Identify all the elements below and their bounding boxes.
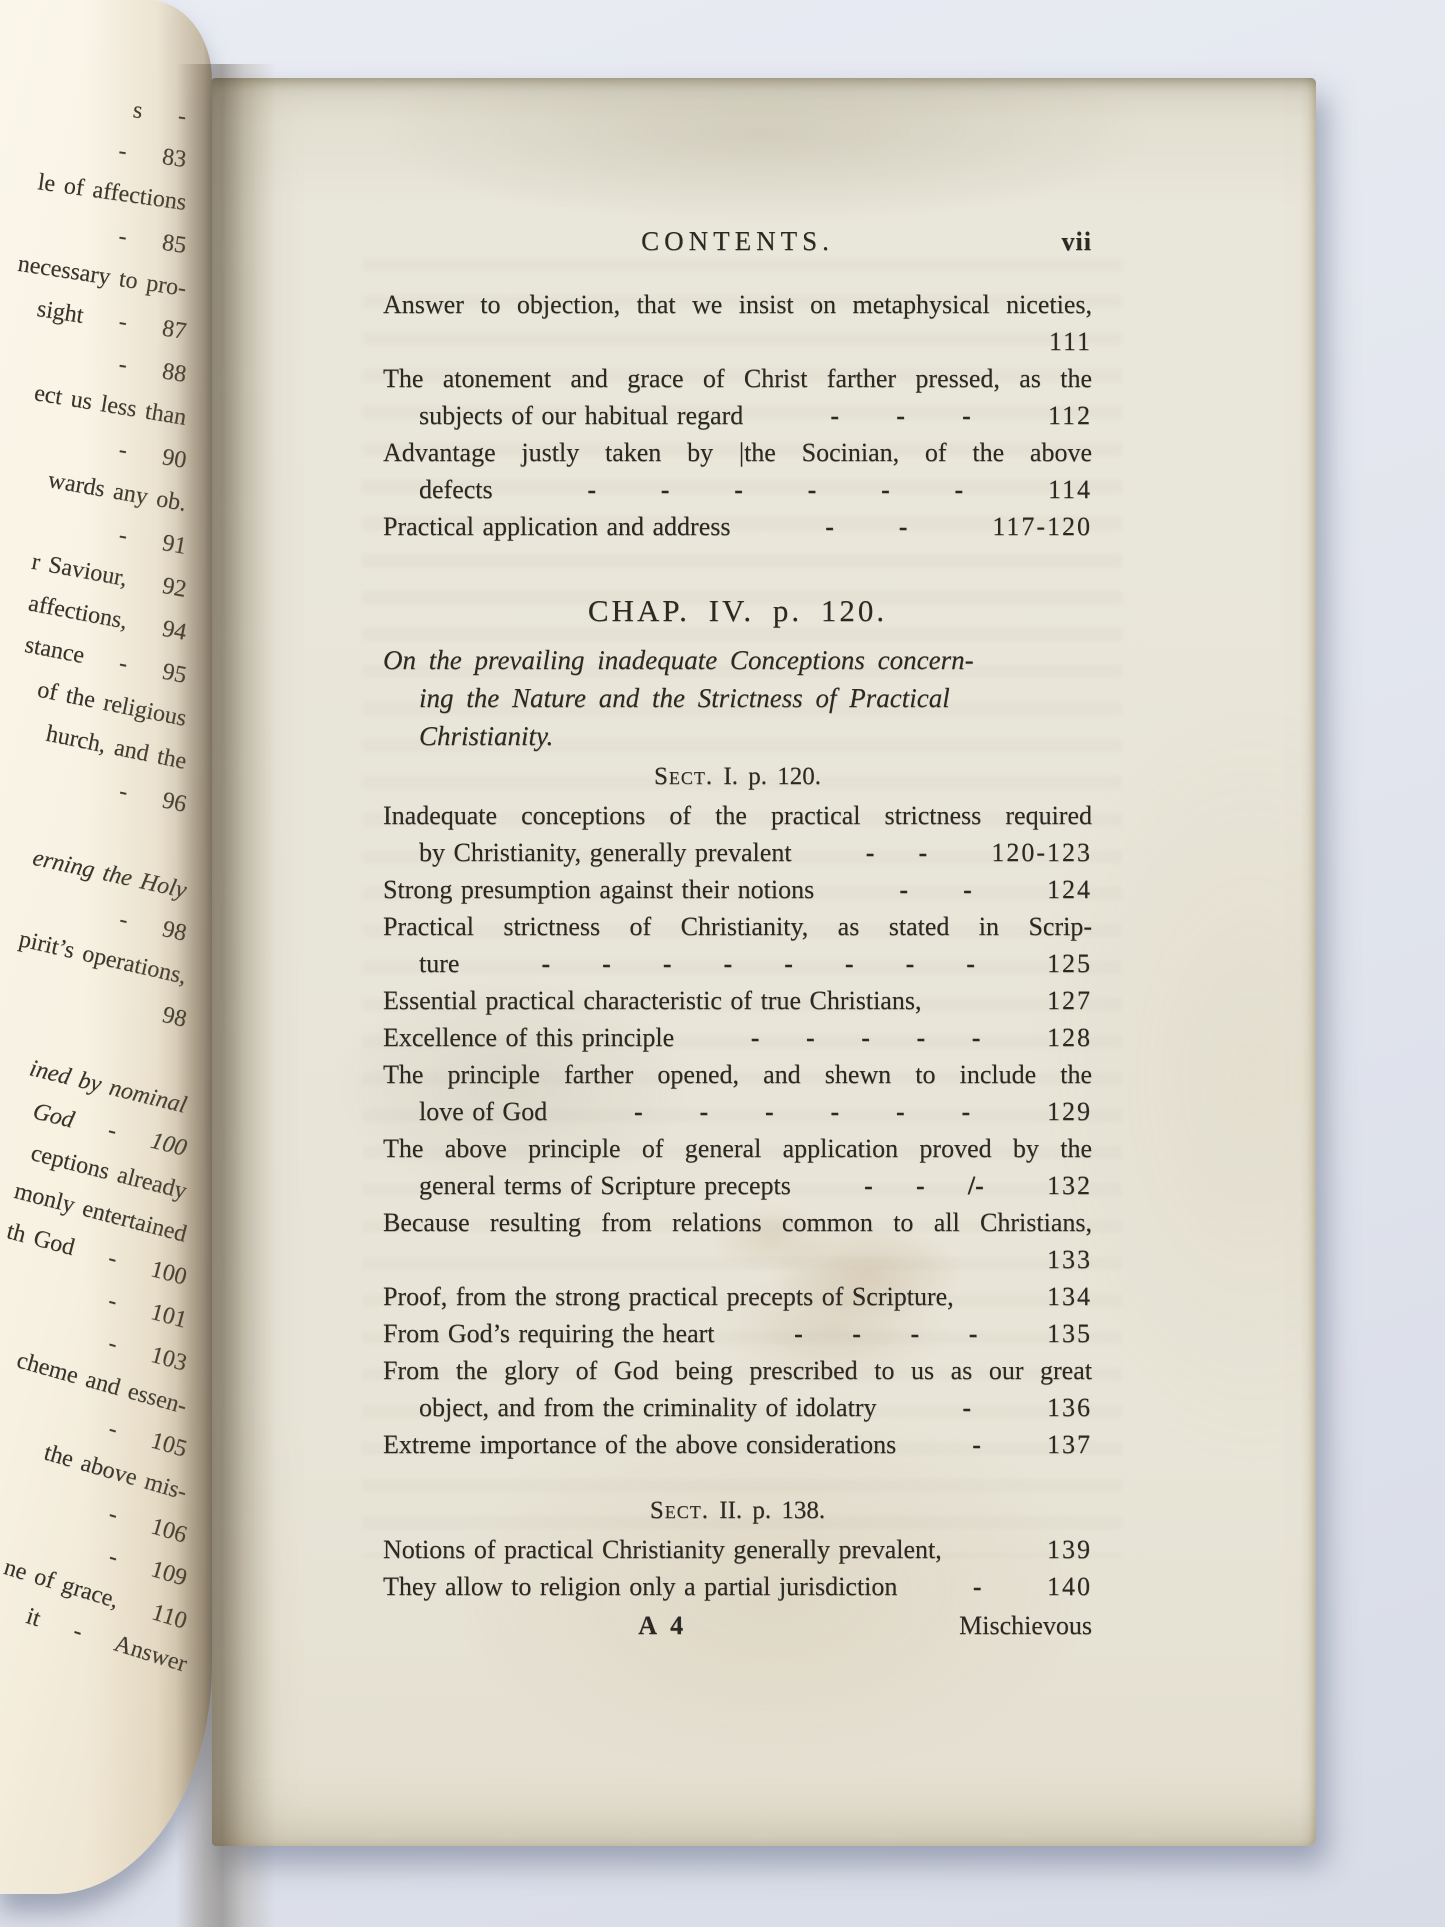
toc-text: ture <box>419 945 459 982</box>
toc-text: Notions of practical Christianity genera… <box>383 1531 942 1568</box>
toc-row: Extreme importance of the above consider… <box>383 1426 1092 1463</box>
toc-page-number: 127 <box>1047 982 1092 1019</box>
toc-row: The above principle of general applicati… <box>383 1130 1092 1167</box>
toc-rows: Answer to objection, that we insist on m… <box>383 286 1092 1644</box>
dash: - <box>916 1167 925 1204</box>
dash: - <box>899 871 908 908</box>
toc-dash-leader: -------- <box>459 945 1047 982</box>
toc-text: The principle farther opened, and shewn … <box>383 1056 1092 1093</box>
dash: - <box>808 471 817 508</box>
toc-page-number: 136 <box>1047 1389 1092 1426</box>
toc-text: From God’s requiring the heart <box>383 1315 715 1352</box>
toc-text: defects <box>419 471 493 508</box>
toc-row: love of God------129 <box>383 1093 1092 1130</box>
toc-row: general terms of Scripture precepts--/-1… <box>383 1167 1092 1204</box>
right-recto-page: CONTENTS. vii Answer to objection, that … <box>212 78 1316 1846</box>
toc-text: general terms of Scripture precepts <box>419 1167 791 1204</box>
toc-dash-leader: - <box>896 1426 1047 1463</box>
dash: - <box>734 471 743 508</box>
verso-fragments: s -- 83le of affections- 85necessary to … <box>0 96 186 1687</box>
chapter-description-line: ing the Nature and the Strictness of Pra… <box>383 679 1092 717</box>
toc-row: The atonement and grace of Christ farthe… <box>383 360 1092 397</box>
dash: - <box>896 397 905 434</box>
dash: - <box>602 945 611 982</box>
toc-page-number: 139 <box>1047 1531 1092 1568</box>
dash: - <box>541 945 550 982</box>
toc-text: Essential practical characteristic of tr… <box>383 982 921 1019</box>
toc-page-number: 112 <box>1048 397 1092 434</box>
dash: - <box>634 1093 643 1130</box>
toc-text: love of God <box>419 1093 547 1130</box>
toc-dash-leader: ------ <box>547 1093 1047 1130</box>
dash: - <box>866 834 875 871</box>
section-label: Sect. <box>650 1497 709 1524</box>
dash: - <box>861 1019 870 1056</box>
toc-text: Advantage justly taken by |the Socinian,… <box>383 434 1092 471</box>
toc-text: Extreme importance of the above consider… <box>383 1426 896 1463</box>
left-verso-page: s -- 83le of affections- 85necessary to … <box>0 0 212 1894</box>
toc-row: Because resulting from relations common … <box>383 1204 1092 1241</box>
dash: - <box>700 1093 709 1130</box>
toc-page-number: 134 <box>1047 1278 1092 1315</box>
dash: - <box>962 397 971 434</box>
toc-row: The principle farther opened, and shewn … <box>383 1056 1092 1093</box>
toc-page-number: 117-120 <box>992 508 1092 545</box>
toc-page-number: 128 <box>1047 1019 1092 1056</box>
section-ref: II. p. 138. <box>709 1497 825 1524</box>
toc-text: Answer to objection, that we insist on m… <box>383 286 1092 323</box>
dash: - <box>972 1019 981 1056</box>
toc-page-number: 135 <box>1047 1315 1092 1352</box>
dash: - <box>661 471 670 508</box>
section-heading: Sect. I. p. 120. <box>383 759 1092 795</box>
toc-page-number: 120-123 <box>991 834 1092 871</box>
toc-row: 133 <box>383 1241 1092 1278</box>
chapter-description-line: On the prevailing inadequate Conceptions… <box>383 641 1092 679</box>
section-label: Sect. <box>654 763 713 790</box>
toc-dash-leader: -- <box>814 871 1047 908</box>
toc-row: Essential practical characteristic of tr… <box>383 982 1092 1019</box>
toc-row: object, and from the criminality of idol… <box>383 1389 1092 1426</box>
toc-row: subjects of our habitual regard---112 <box>383 397 1092 434</box>
toc-dash-leader: -- <box>792 834 992 871</box>
dash: - <box>830 397 839 434</box>
signature-mark: A 4 <box>638 1607 687 1644</box>
dash: - <box>917 1019 926 1056</box>
dash: - <box>751 1019 760 1056</box>
folio-number: vii <box>1062 227 1092 257</box>
toc-row: by Christianity, generally prevalent--12… <box>383 834 1092 871</box>
dash: - <box>961 1093 970 1130</box>
toc-row: Notions of practical Christianity genera… <box>383 1531 1092 1568</box>
toc-row: Practical strictness of Christianity, as… <box>383 908 1092 945</box>
dash: - <box>724 945 733 982</box>
toc-row: Inadequate conceptions of the practical … <box>383 797 1092 834</box>
dash: - <box>962 1389 971 1426</box>
toc-page-number: 129 <box>1047 1093 1092 1130</box>
toc-page-number: 111 <box>1049 323 1092 360</box>
dash: - <box>587 471 596 508</box>
chapter-heading: CHAP. IV. p. 120. <box>383 591 1092 631</box>
toc-row: 111 <box>383 323 1092 360</box>
dash: - <box>794 1315 803 1352</box>
dash: - <box>963 871 972 908</box>
dash: - <box>969 1315 978 1352</box>
toc-dash-leader: ------ <box>493 471 1048 508</box>
chapter-description-line: Christianity. <box>383 717 1092 755</box>
toc-dash-leader: ---- <box>715 1315 1048 1352</box>
toc-text: object, and from the criminality of idol… <box>419 1389 876 1426</box>
dash: - <box>864 1167 873 1204</box>
page-header: CONTENTS. vii <box>383 226 1092 266</box>
dash: - <box>806 1019 815 1056</box>
toc-row: From God’s requiring the heart----135 <box>383 1315 1092 1352</box>
toc-text: From the glory of God being prescribed t… <box>383 1352 1092 1389</box>
dash: - <box>896 1093 905 1130</box>
toc-row: Excellence of this principle-----128 <box>383 1019 1092 1056</box>
toc-text: Practical application and address <box>383 508 730 545</box>
printed-text-column: CONTENTS. vii Answer to objection, that … <box>383 226 1092 1644</box>
toc-text: The atonement and grace of Christ farthe… <box>383 360 1092 397</box>
toc-text: Practical strictness of Christianity, as… <box>383 908 1092 945</box>
toc-row: ture--------125 <box>383 945 1092 982</box>
dash: - <box>919 834 928 871</box>
toc-page-number: 133 <box>1047 1241 1092 1278</box>
contents-title: CONTENTS. <box>383 226 1092 257</box>
toc-page-number: 132 <box>1047 1167 1092 1204</box>
toc-page-number: 140 <box>1047 1568 1092 1605</box>
toc-text: subjects of our habitual regard <box>419 397 743 434</box>
toc-page-number: 124 <box>1047 871 1092 908</box>
toc-row: defects------114 <box>383 471 1092 508</box>
toc-dash-leader: - <box>876 1389 1047 1426</box>
dash: - <box>852 1315 861 1352</box>
toc-row: Strong presumption against their notions… <box>383 871 1092 908</box>
dash: - <box>954 471 963 508</box>
dash: - <box>899 508 908 545</box>
toc-page-number: 114 <box>1048 471 1092 508</box>
toc-page-number: 137 <box>1047 1426 1092 1463</box>
dash: - <box>973 1568 982 1605</box>
toc-text: Excellence of this principle <box>383 1019 674 1056</box>
dash: - <box>881 471 890 508</box>
dash: - <box>830 1093 839 1130</box>
catchword: Mischievous <box>959 1607 1092 1644</box>
dash: - <box>765 1093 774 1130</box>
toc-page-number: 125 <box>1047 945 1092 982</box>
dash: - <box>825 508 834 545</box>
dash: - <box>911 1315 920 1352</box>
dash: - <box>784 945 793 982</box>
toc-dash-leader: -- <box>730 508 992 545</box>
toc-row: Answer to objection, that we insist on m… <box>383 286 1092 323</box>
toc-text: Because resulting from relations common … <box>383 1204 1092 1241</box>
toc-dash-leader: --/- <box>791 1167 1047 1204</box>
section-heading: Sect. II. p. 138. <box>383 1493 1092 1529</box>
toc-text: They allow to religion only a partial ju… <box>383 1568 897 1605</box>
dash: - <box>972 1426 981 1463</box>
toc-row: They allow to religion only a partial ju… <box>383 1568 1092 1605</box>
signature-row: A 4Mischievous <box>383 1607 1092 1644</box>
toc-text: by Christianity, generally prevalent <box>419 834 792 871</box>
dash: - <box>663 945 672 982</box>
toc-text: The above principle of general applicati… <box>383 1130 1092 1167</box>
toc-dash-leader: --- <box>743 397 1048 434</box>
toc-row: Proof, from the strong practical precept… <box>383 1278 1092 1315</box>
dash: /- <box>968 1167 984 1204</box>
toc-row: Practical application and address--117-1… <box>383 508 1092 545</box>
toc-dash-leader: - <box>897 1568 1047 1605</box>
toc-text: Inadequate conceptions of the practical … <box>383 797 1092 834</box>
dash: - <box>966 945 975 982</box>
toc-row: Advantage justly taken by |the Socinian,… <box>383 434 1092 471</box>
toc-dash-leader: ----- <box>674 1019 1047 1056</box>
toc-row: From the glory of God being prescribed t… <box>383 1352 1092 1389</box>
toc-text: Strong presumption against their notions <box>383 871 814 908</box>
toc-text: Proof, from the strong practical precept… <box>383 1278 954 1315</box>
section-ref: I. p. 120. <box>713 763 821 790</box>
dash: - <box>845 945 854 982</box>
dash: - <box>906 945 915 982</box>
